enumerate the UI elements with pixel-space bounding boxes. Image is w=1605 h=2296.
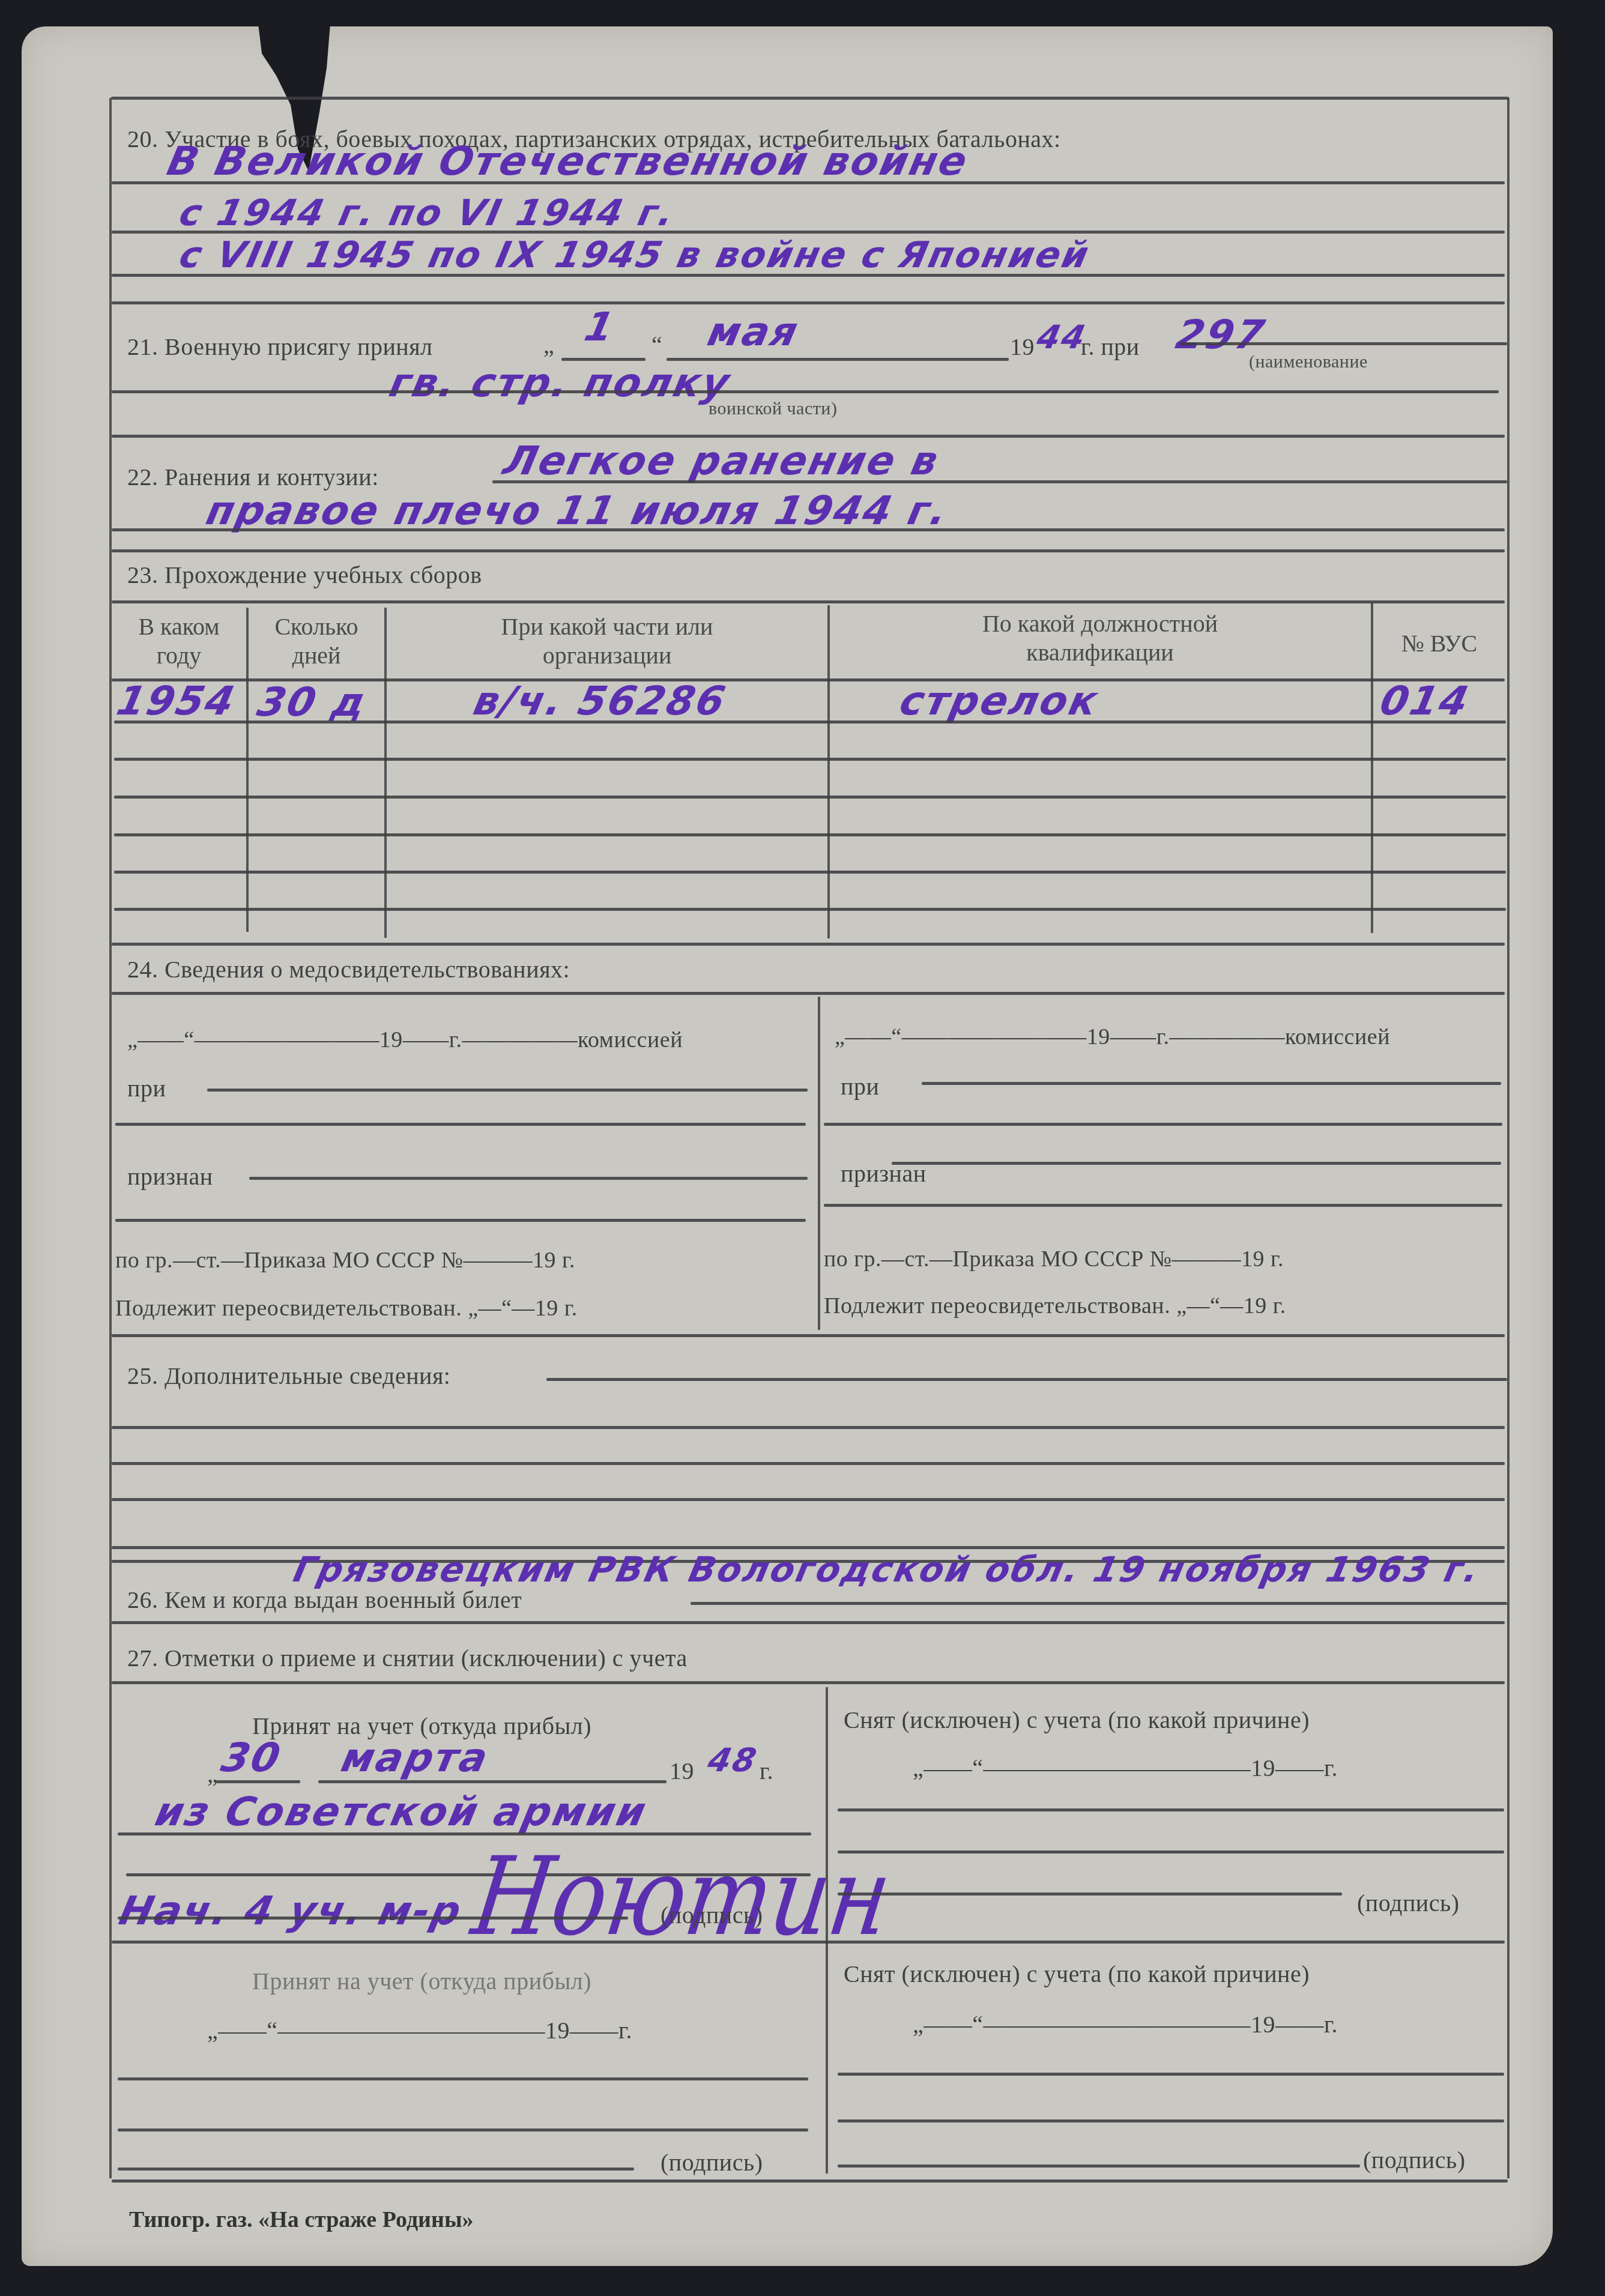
s23-row-line-1 — [114, 721, 1506, 724]
s27-b1-removed-caption: Снят (исключен) с учета (по какой причин… — [844, 1708, 1310, 1732]
s24-label: 24. Сведения о медосвидетельствованиях: — [127, 958, 570, 982]
s27-b1-right-sign-line — [838, 1893, 1342, 1896]
s23-bottom-divider — [112, 943, 1505, 946]
s27-b1-year: 48 — [705, 1744, 761, 1777]
s23-row1-unit: в/ч. 56286 — [470, 681, 730, 721]
s20-line2 — [112, 231, 1505, 234]
s27-b2-left-line3 — [118, 2128, 808, 2131]
s23-header-unit: При какой части или организации — [387, 612, 827, 670]
s24-right-order: по гр.—ст.—Приказа МО СССР №———19 г. — [824, 1248, 1284, 1270]
s22-hand-line2: правое плечо 11 июля 1944 г. — [203, 491, 952, 531]
s21-month: мая — [704, 312, 803, 352]
s24-right-pri: при — [841, 1075, 879, 1099]
form-right-border — [1507, 98, 1510, 2178]
s23-header-year: В каком году — [112, 612, 246, 670]
s25-label: 25. Дополнительные сведения: — [127, 1364, 450, 1388]
s24-left-pri: при — [127, 1077, 166, 1101]
s27-b2-right-line3 — [838, 2119, 1504, 2122]
s27-b2-left-sign-caption: (подпись) — [660, 2151, 763, 2175]
s20-line3 — [112, 274, 1505, 277]
s21-unit-name: гв. стр. полку — [386, 363, 734, 403]
s23-header-qual-line1: По какой должностной — [830, 609, 1370, 638]
s27-label: 27. Отметки о приеме и снятии (исключени… — [127, 1646, 688, 1670]
s23-row-line-4 — [114, 833, 1506, 836]
s22-hand-line1: Легкое ранение в — [500, 441, 943, 481]
s25-line2 — [112, 1426, 1505, 1429]
form-top-border — [111, 97, 1509, 100]
s22-line2 — [112, 528, 1505, 531]
s24-right-pri-line — [922, 1082, 1501, 1085]
s21-label: 21. Военную присягу принял — [127, 335, 433, 359]
s27-b1-right-sign-caption: (подпись) — [1357, 1891, 1460, 1915]
s26-bottom-divider — [112, 1621, 1505, 1624]
s27-b1-day: 30 — [218, 1738, 285, 1778]
s21-line2 — [112, 390, 1499, 393]
s20-hand-line2: с 1944 г. по VI 1944 г. — [177, 195, 679, 231]
s24-middle-divider — [818, 997, 820, 1330]
s24-left-line2 — [115, 1123, 806, 1126]
s27-b2-left-sign-line — [118, 2168, 634, 2171]
s23-row1-year: 1954 — [113, 681, 240, 721]
s27-b2-right-sign-line — [838, 2165, 1360, 2168]
s27-b2-right-sign-caption: (подпись) — [1363, 2148, 1466, 2172]
printer-imprint: Типогр. газ. «На страже Родины» — [129, 2207, 474, 2233]
s23-header-vus: № ВУС — [1373, 629, 1505, 658]
s23-row-line-5 — [114, 871, 1506, 874]
s27-b2-removed-caption: Снят (исключен) с учета (по какой причин… — [844, 1962, 1310, 1986]
s24-left-pri-line — [207, 1089, 808, 1092]
s24-right-line4 — [824, 1204, 1502, 1207]
s27-block-divider — [112, 1941, 1505, 1944]
s23-row1-vus: 014 — [1377, 681, 1474, 721]
s21-unit-blank — [1180, 342, 1507, 345]
s24-left-date-line: „——“————————19——г.—————комиссией — [127, 1029, 683, 1051]
s23-row1-days: 30 д — [254, 683, 370, 722]
s27-top-line — [112, 1681, 1505, 1684]
s27-b1-signature: Ноютин — [467, 1843, 896, 1951]
form-bottom-border — [112, 2180, 1508, 2183]
s22-label: 22. Ранения и контузии: — [127, 465, 379, 489]
s21-caption-unit: воинской части) — [709, 400, 837, 418]
s21-g-pri: г. при — [1081, 335, 1140, 359]
s23-header-days: Сколько дней — [249, 612, 384, 670]
s25-line1 — [546, 1378, 1507, 1381]
s23-row-line-3 — [114, 796, 1506, 799]
s27-b1-from: из Советской армии — [152, 1792, 651, 1832]
s24-right-priznan-line — [892, 1162, 1501, 1165]
s23-header-days-line2: дней — [249, 641, 384, 670]
s20-bottom-divider — [112, 301, 1505, 304]
s24-right-priznan: признан — [841, 1162, 926, 1186]
s20-line1 — [112, 181, 1505, 184]
s25-line4 — [112, 1498, 1505, 1501]
s27-b2-left-line2 — [118, 2077, 808, 2080]
s24-bottom-divider — [112, 1334, 1505, 1337]
s24-right-date-line: „——“————————19——г.—————комиссией — [835, 1026, 1390, 1048]
s22-bottom-divider — [112, 549, 1505, 552]
s27-b2-accepted-caption: Принят на учет (откуда прибыл) — [252, 1969, 591, 1993]
s23-header-days-line1: Сколько — [249, 612, 384, 641]
s24-right-resurvey: Подлежит переосвидетельствован. „—“—19 г… — [824, 1295, 1286, 1317]
s21-unit-number: 297 — [1173, 315, 1269, 355]
s23-row1-qualification: стрелок — [896, 681, 1102, 721]
s23-header-qualification: По какой должностной квалификации — [830, 609, 1370, 667]
s23-header-unit-line1: При какой части или — [387, 612, 827, 641]
s24-right-line2 — [824, 1123, 1502, 1126]
s26-line — [691, 1602, 1507, 1605]
s23-header-year-line2: году — [112, 641, 246, 670]
s23-label: 23. Прохождение учебных сборов — [127, 563, 482, 587]
s27-b1-left-sign-caption: (подпись) — [660, 1903, 763, 1927]
form-left-border — [109, 98, 112, 2178]
s20-hand-line1: В Великой Отечественной войне — [164, 142, 972, 181]
s27-b1-right-line2 — [838, 1808, 1504, 1811]
s23-table-top — [112, 600, 1505, 603]
s27-b1-year-prefix: 19 — [670, 1759, 694, 1783]
s26-hand: Грязовецким РВК Вологодской обл. 19 нояб… — [291, 1552, 1484, 1587]
s23-header-year-line1: В каком — [112, 612, 246, 641]
s20-hand-line3: с VIII 1945 по IX 1945 в войне с Японией — [177, 237, 1093, 273]
s23-header-qual-line2: квалификации — [830, 638, 1370, 667]
s23-row-line-2 — [114, 758, 1506, 761]
s24-left-order: по гр.—ст.—Приказа МО СССР №———19 г. — [115, 1249, 575, 1272]
s23-header-unit-line2: организации — [387, 641, 827, 670]
s21-quote-open: „ — [543, 333, 554, 357]
s27-b1-left-sign-line — [118, 1917, 628, 1920]
s24-left-priznan-line — [249, 1177, 808, 1180]
s27-b1-month: марта — [338, 1738, 493, 1778]
s27-b2-right-line2 — [838, 2073, 1504, 2076]
s27-b2-right-date: „——“———————————19——г. — [913, 2013, 1338, 2037]
s21-quote-close: “ — [651, 333, 662, 357]
s24-top-line — [112, 992, 1505, 995]
s22-line1 — [492, 480, 1507, 483]
s24-left-line4 — [115, 1219, 806, 1222]
s26-label: 26. Кем и когда выдан военный билет — [127, 1588, 522, 1612]
s23-header-vus-line1: № ВУС — [1373, 629, 1505, 658]
s23-row-line-6 — [114, 908, 1506, 911]
s21-year-prefix: 19 — [1010, 335, 1035, 359]
s21-caption-naming: (наименование — [1249, 353, 1368, 371]
s27-b2-left-date: „——“———————————19——г. — [207, 2019, 632, 2043]
s25-line3 — [112, 1462, 1505, 1465]
s24-left-resurvey: Подлежит переосвидетельствован. „—“—19 г… — [115, 1297, 578, 1320]
s27-b1-right-date: „——“———————————19——г. — [913, 1756, 1338, 1780]
s27-b1-right-line3 — [838, 1850, 1504, 1853]
s27-b1-g: г. — [760, 1759, 773, 1783]
s27-b1-official: Нач. 4 уч. м-р — [116, 1891, 466, 1931]
s24-left-priznan: признан — [127, 1165, 213, 1189]
